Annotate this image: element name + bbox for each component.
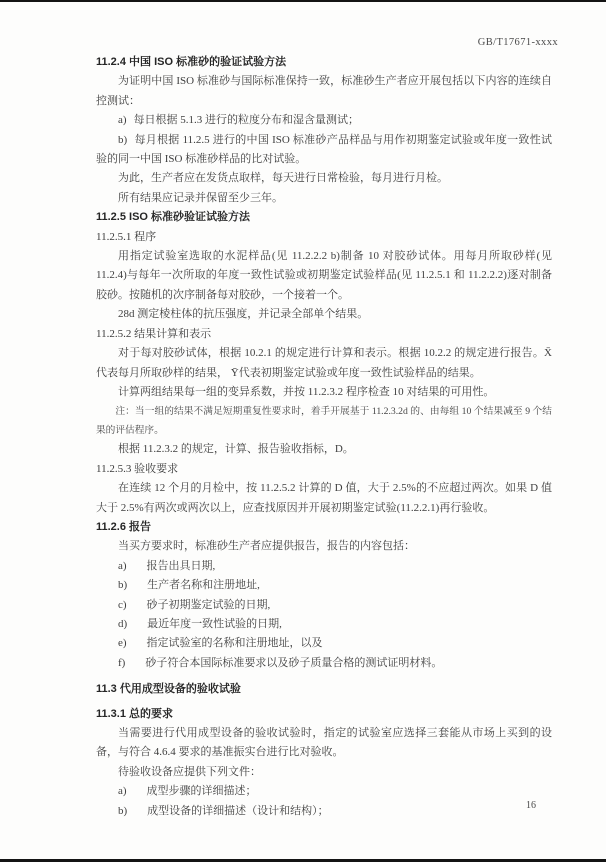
section-heading: 11.2.5 ISO 标准砂验证试验方法: [96, 208, 552, 227]
paragraph: 待验收设备应提供下列文件：: [96, 763, 552, 782]
paragraph: 对于每对胶砂试体，根据 10.2.1 的规定进行计算和表示。根据 10.2.2 …: [96, 344, 552, 383]
list-item-text: 成型步骤的详细描述；: [147, 785, 257, 797]
section-heading: 11.2.5.3 验收要求: [96, 460, 552, 479]
section-heading: 11.2.5.1 程序: [96, 228, 552, 247]
section-heading: 11.3 代用成型设备的验收试验: [96, 680, 552, 699]
paragraph: 当买方要求时，标准砂生产者应提供报告，报告的内容包括：: [96, 537, 552, 556]
list-item: c)砂子初期鉴定试验的日期,: [96, 596, 552, 615]
list-item-text: 最近年度一致性试验的日期,: [147, 618, 282, 630]
list-marker: d): [118, 615, 147, 634]
list-item-text: 指定试验室的名称和注册地址，以及: [147, 637, 323, 649]
list-item: e)指定试验室的名称和注册地址，以及: [96, 634, 552, 653]
standard-code-header: GB/T17671-xxxx: [478, 37, 558, 48]
paragraph: 所有结果应记录并保留至少三年。: [96, 189, 552, 208]
list-item: a)报告出具日期,: [96, 557, 552, 576]
section-heading: 11.2.6 报告: [96, 518, 552, 537]
note-text: 注：当一组的结果不满足短期重复性要求时，着手开展基于 11.2.3.2d 的、由…: [96, 402, 552, 440]
list-item-text: 每日根据 5.1.3 进行的粒度分布和湿含量测试；: [134, 114, 360, 126]
paragraph: 当需要进行代用成型设备的验收试验时，指定的试验室应选择三套能从市场上买到的设备，…: [96, 724, 552, 763]
list-item: f)砂子符合本国际标准要求以及砂子质量合格的测试证明材料。: [96, 654, 552, 673]
list-item: a)成型步骤的详细描述；: [96, 782, 552, 801]
list-marker: a): [118, 557, 147, 576]
list-item: d)最近年度一致性试验的日期,: [96, 615, 552, 634]
scan-edge-top: [0, 0, 606, 2]
list-item: b)成型设备的详细描述（设计和结构）；: [96, 802, 552, 821]
list-item-text: 生产者名称和注册地址,: [147, 579, 260, 591]
page-number: 16: [526, 800, 536, 811]
list-item: b)每月根据 11.2.5 进行的中国 ISO 标准砂产品样品与用作初期鉴定试验…: [96, 131, 552, 170]
section-heading: 11.2.4 中国 ISO 标准砂的验证试验方法: [96, 53, 552, 72]
list-marker: c): [118, 596, 147, 615]
section-heading: 11.3.1 总的要求: [96, 705, 552, 724]
document-page: GB/T17671-xxxx 11.2.4 中国 ISO 标准砂的验证试验方法为…: [0, 0, 606, 862]
list-item-text: 成型设备的详细描述（设计和结构）；: [147, 805, 329, 817]
list-item-text: 每月根据 11.2.5 进行的中国 ISO 标准砂产品样品与用作初期鉴定试验或年…: [96, 134, 552, 165]
paragraph: 在连续 12 个月的月检中，按 11.2.5.2 计算的 D 值，大于 2.5%…: [96, 479, 552, 518]
list-item-text: 砂子符合本国际标准要求以及砂子质量合格的测试证明材料。: [145, 657, 442, 669]
section-heading: 11.2.5.2 结果计算和表示: [96, 325, 552, 344]
list-marker: e): [118, 634, 147, 653]
document-body: 11.2.4 中国 ISO 标准砂的验证试验方法为证明中国 ISO 标准砂与国际…: [96, 53, 552, 821]
list-marker: a): [118, 782, 147, 801]
paragraph: 为此，生产者应在发货点取样，每天进行日常检验，每月进行月检。: [96, 169, 552, 188]
list-marker: b): [118, 576, 147, 595]
paragraph: 计算两组结果每一组的变异系数，并按 11.2.3.2 程序检查 10 对结果的可…: [96, 383, 552, 402]
paragraph: 根据 11.2.3.2 的规定，计算、报告验收指标，D。: [96, 440, 552, 459]
paragraph: 为证明中国 ISO 标准砂与国际标准保持一致，标准砂生产者应开展包括以下内容的连…: [96, 72, 552, 111]
list-item-text: 砂子初期鉴定试验的日期,: [147, 599, 271, 611]
list-item-text: 报告出具日期,: [147, 560, 216, 572]
list-item: b)生产者名称和注册地址,: [96, 576, 552, 595]
list-marker: f): [118, 654, 145, 673]
paragraph: 用指定试验室选取的水泥样品(见 11.2.2.2 b)制备 10 对胶砂试体。用…: [96, 247, 552, 305]
paragraph: 28d 测定棱柱体的抗压强度，并记录全部单个结果。: [96, 305, 552, 324]
list-marker: b): [118, 802, 147, 821]
list-marker: a): [118, 111, 134, 130]
list-item: a)每日根据 5.1.3 进行的粒度分布和湿含量测试；: [96, 111, 552, 130]
list-marker: b): [118, 131, 134, 150]
